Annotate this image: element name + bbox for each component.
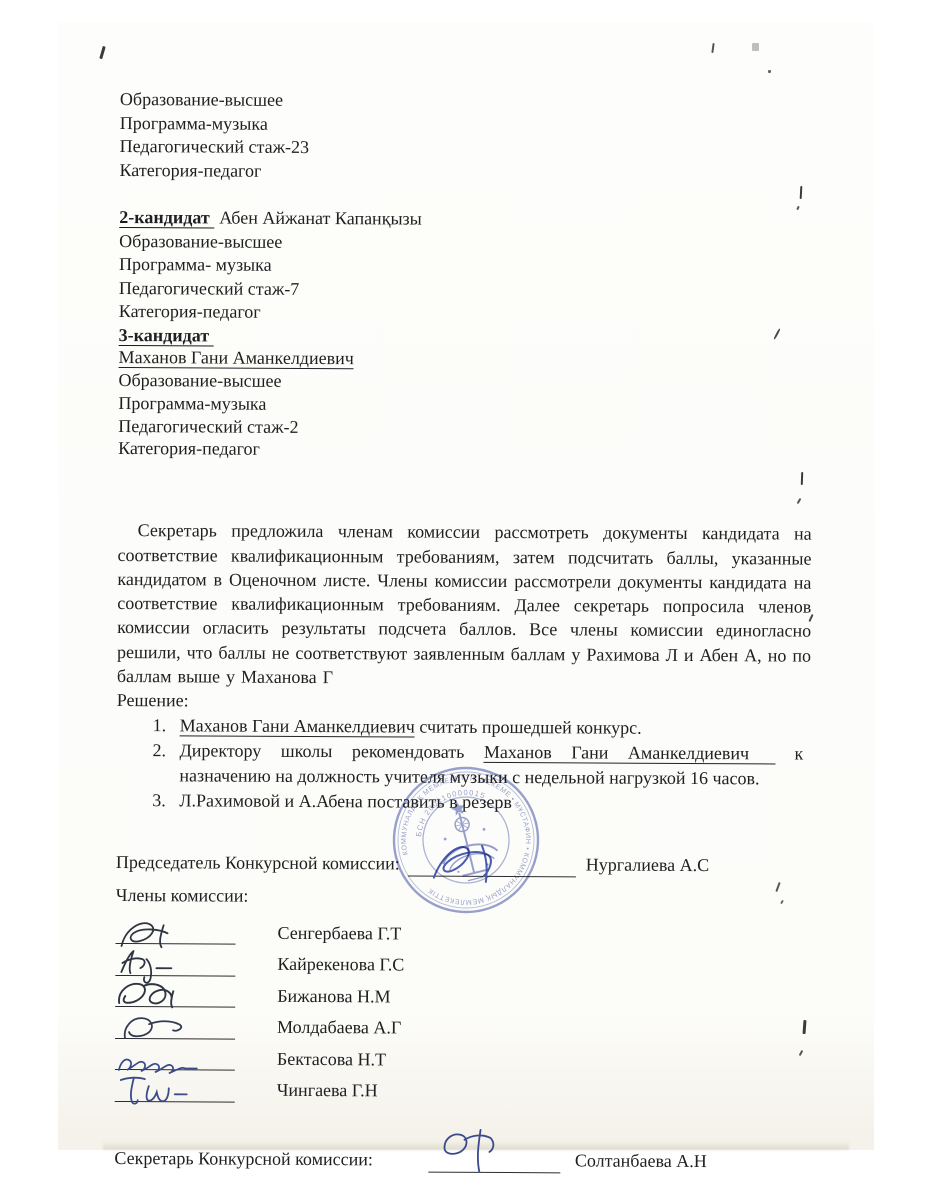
secretary-signature-row: Секретарь Конкурсной комиссии: Солтанбае… (114, 1135, 808, 1175)
secretary-paragraph: Секретарь предложила членам комиссии рас… (117, 518, 812, 692)
member-signature-row: Молдабаева А.Г (115, 1014, 809, 1043)
candidate3-label: 3-кандидат (119, 324, 215, 345)
member-signature-line (115, 955, 235, 977)
decision-item-1: 1. Маханов Гани Аманкелдиевич считать пр… (117, 713, 811, 742)
member-signature-line (115, 1018, 235, 1040)
member-signature-row: Бектасова Н.Т (115, 1045, 809, 1074)
decision-heading: Решение: (117, 688, 811, 716)
stamp-number-text: БСН 200110000015 (405, 782, 493, 839)
decision-item-2-number: 2. (152, 738, 179, 788)
member-signature-scribble (115, 1072, 195, 1110)
decision-item-1-body: Маханов Гани Аманкелдиевич считать проше… (180, 713, 811, 741)
candidate1-category: Категория-педагог (120, 158, 814, 185)
scan-artifact (752, 43, 759, 51)
decision-item-1-name: Маханов Гани Аманкелдиевич (180, 715, 415, 737)
member-signature-row: Бижанова Н.М (115, 982, 809, 1011)
decision-item-3-number: 3. (152, 788, 179, 813)
member-name: Бектасова Н.Т (277, 1047, 386, 1071)
candidate3-block: 3-кандидат Маханов Гани Аманкелдиевич Об… (118, 323, 813, 463)
secretary-signature-line (429, 1147, 561, 1173)
member-signature-line (115, 1081, 235, 1103)
document-sheet: КОММУНАЛДЫҚ МЕМЛЕКЕТТІК МЕКЕМЕ • МҰСТАФИ… (58, 22, 874, 1150)
candidate1-block: Образование-высшее Программа-музыка Педа… (120, 88, 814, 186)
member-signature-row: Сенгербаева Г.Т (116, 919, 810, 948)
member-signature-row: Кайрекенова Г.С (115, 951, 809, 980)
scanned-document-page: КОММУНАЛДЫҚ МЕМЛЕКЕТТІК МЕКЕМЕ • МҰСТАФИ… (0, 0, 927, 1200)
candidate2-category: Категория-педагог (119, 300, 813, 327)
candidate2-label: 2-кандидат (119, 207, 215, 228)
stamp-emblem (429, 794, 503, 885)
member-signature-line (116, 923, 236, 945)
decision-item-2-pre: Директору школы рекомендовать (179, 740, 464, 761)
official-stamp: КОММУНАЛДЫҚ МЕМЛЕКЕТТІК МЕКЕМЕ • МҰСТАФИ… (388, 762, 544, 918)
secretary-name: Солтанбаева А.Н (575, 1150, 707, 1174)
scan-artifact (768, 70, 771, 73)
chair-label: Председатель Конкурсной комиссии: (116, 851, 400, 876)
decision-item-1-number: 1. (153, 713, 180, 738)
member-signature-row: Чингаева Г.Н (115, 1077, 809, 1106)
decision-item-2-post: к (795, 743, 804, 763)
member-name: Сенгербаева Г.Т (278, 921, 402, 945)
decision-item-1-rest: считать прошедшей конкурс. (415, 716, 642, 737)
decision-item-2-line1: Директору школы рекомендовать Маханов Га… (179, 740, 803, 764)
candidate3-name: Маханов Гани Аманкелдиевич (119, 347, 354, 369)
candidate2-block: 2-кандидат Абен Айжанат Капанқызы Образо… (119, 206, 814, 327)
candidate3-program: Программа-музыка (118, 392, 812, 418)
member-signature-scribble (115, 1013, 191, 1047)
candidate1-education: Образование-высшее (120, 88, 814, 115)
member-signature-line (115, 986, 235, 1008)
member-signature-scribble (115, 979, 191, 1015)
secretary-signature-scribble (437, 1125, 517, 1177)
candidate2-name: Абен Айжанат Капанқызы (215, 207, 422, 228)
member-signature-line (115, 1049, 235, 1071)
decision-item-2-name: Маханов Гани Аманкелдиевич (484, 742, 775, 765)
chair-name: Нургалиева А.С (586, 854, 710, 878)
candidate1-experience: Педагогический стаж-23 (120, 135, 814, 162)
document-content: Образование-высшее Программа-музыка Педа… (114, 88, 814, 1174)
secretary-label: Секретарь Конкурсной комиссии: (114, 1147, 373, 1172)
member-name: Бижанова Н.М (277, 984, 390, 1008)
member-name: Кайрекенова Г.С (277, 953, 404, 977)
candidate2-program: Программа- музыка (119, 253, 813, 280)
member-name: Чингаева Г.Н (277, 1079, 378, 1103)
member-name: Молдабаева А.Г (277, 1016, 401, 1040)
candidate3-category: Категория-педагог (118, 437, 812, 463)
candidate2-heading: 2-кандидат Абен Айжанат Капанқызы (119, 206, 813, 233)
